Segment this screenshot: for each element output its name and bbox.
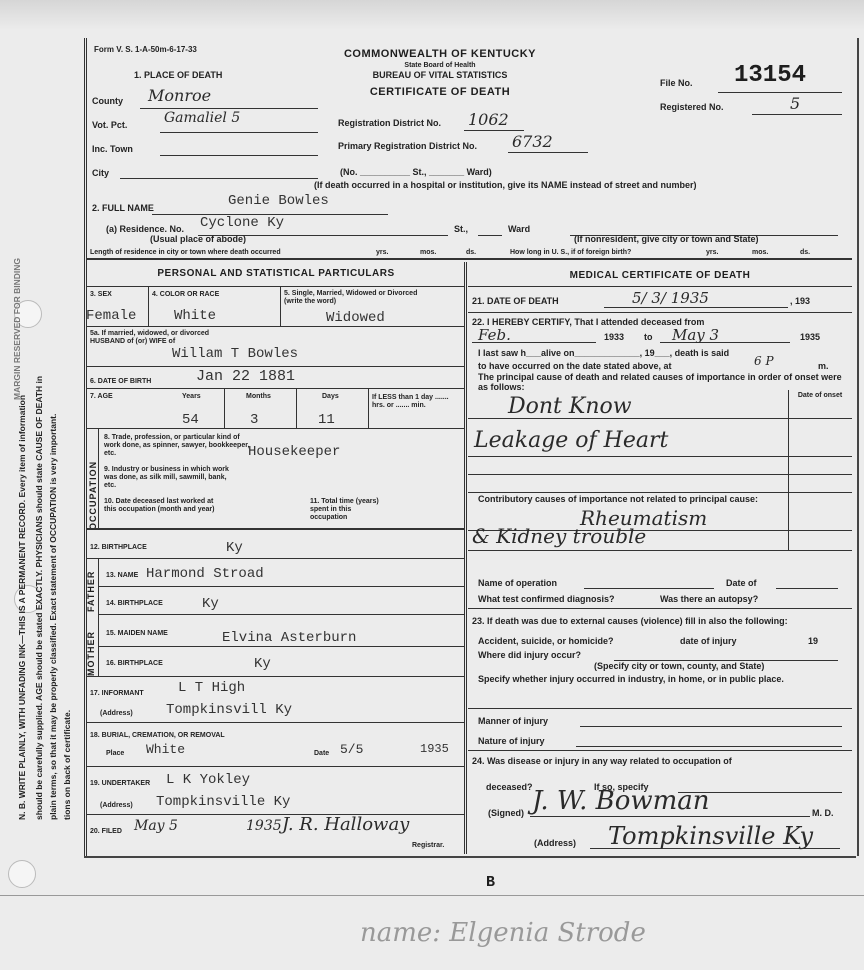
handwritten-name-annotation: name: Elgenia Strode bbox=[360, 918, 646, 948]
contributory-2-value: & Kidney trouble bbox=[472, 524, 646, 548]
burial-date-value: 5/5 bbox=[340, 742, 363, 757]
sex-label: 3. SEX bbox=[90, 291, 112, 299]
county-value: Monroe bbox=[148, 86, 211, 105]
days-label: Days bbox=[322, 393, 339, 401]
injury-year-label: 19 bbox=[808, 636, 818, 646]
birthplace-value: Ky bbox=[226, 540, 243, 556]
burial-date-label: Date bbox=[314, 750, 329, 758]
county-label: County bbox=[92, 96, 123, 106]
footer-letter: B bbox=[486, 874, 495, 891]
cause-1-value: Dont Know bbox=[508, 394, 632, 419]
mother-birthplace-value: Ky bbox=[254, 656, 271, 672]
external-causes-label: 23. If death was due to external causes … bbox=[472, 616, 842, 626]
marital-label: 5. Single, Married, Widowed or Divorced … bbox=[284, 290, 434, 306]
form-id: Form V. S. 1-A-50m-6-17-33 bbox=[94, 46, 197, 54]
usual-abode-hint: (Usual place of abode) bbox=[150, 234, 246, 244]
months-value: 3 bbox=[250, 412, 258, 428]
years-label: Years bbox=[182, 393, 201, 401]
certificate-title: CERTIFICATE OF DEATH bbox=[340, 86, 540, 98]
days-value: 11 bbox=[318, 412, 335, 428]
place-label: Place bbox=[106, 750, 124, 758]
date-worked-label: 10. Date deceased last worked at this oc… bbox=[104, 498, 224, 514]
occupation-side-label: OCCUPATION bbox=[88, 461, 98, 530]
undertaker-label: 19. UNDERTAKER bbox=[90, 780, 150, 788]
date-of-operation-label: Date of bbox=[726, 578, 757, 588]
filed-date-value: May 5 bbox=[134, 818, 178, 834]
burial-place-value: White bbox=[146, 742, 185, 757]
attended-to-year: 1935 bbox=[800, 332, 820, 342]
length-residence-label: Length of residence in city or town wher… bbox=[90, 249, 281, 257]
foreign-birth-label: How long in U. S., if of foreign birth? bbox=[510, 249, 631, 257]
trade-value: Housekeeper bbox=[248, 444, 340, 460]
city-label: City bbox=[92, 168, 109, 178]
father-side-label: FATHER bbox=[86, 571, 96, 612]
medical-heading: MEDICAL CERTIFICATE OF DEATH bbox=[470, 270, 850, 281]
binding-hole bbox=[8, 860, 36, 888]
signed-label: (Signed) bbox=[488, 808, 524, 818]
date-of-death-suffix: , 193 bbox=[790, 296, 810, 306]
operation-label: Name of operation bbox=[478, 578, 557, 588]
marital-value: Widowed bbox=[326, 310, 385, 326]
accident-label: Accident, suicide, or homicide? bbox=[478, 636, 614, 646]
mother-birthplace-label: 16. BIRTHPLACE bbox=[106, 660, 163, 668]
primary-registration-value: 6732 bbox=[512, 132, 553, 151]
attended-to-label: to bbox=[644, 332, 653, 342]
instructions-line-4: tions on back of certificate. bbox=[62, 710, 72, 820]
filed-year-value: 1935 bbox=[246, 818, 282, 834]
father-name-label: 13. NAME bbox=[106, 572, 138, 580]
ds-label: ds. bbox=[466, 249, 476, 257]
primary-registration-label: Primary Registration District No. bbox=[338, 141, 477, 151]
father-name-value: Harmond Stroad bbox=[146, 566, 264, 582]
where-hint: (Specify city or town, county, and State… bbox=[594, 661, 764, 671]
registration-district-value: 1062 bbox=[468, 110, 509, 129]
test-label: What test confirmed diagnosis? bbox=[478, 594, 615, 604]
cause-2-value: Leakage of Heart bbox=[474, 428, 668, 453]
undertaker-value: L K Yokley bbox=[166, 772, 250, 788]
inc-town-label: Inc. Town bbox=[92, 144, 133, 154]
color-label: 4. COLOR OR RACE bbox=[152, 291, 219, 299]
instructions-line-1: N. B. WRITE PLAINLY, WITH UNFADING INK—T… bbox=[17, 395, 27, 820]
yrs-label: yrs. bbox=[376, 249, 388, 257]
deceased-label: deceased? bbox=[486, 782, 533, 792]
board-title: State Board of Health bbox=[340, 62, 540, 70]
specify-label: Specify whether injury occurred in indus… bbox=[478, 674, 844, 684]
less-than-label: If LESS than 1 day ....... hrs. or .....… bbox=[372, 394, 462, 410]
informant-label: 17. INFORMANT bbox=[90, 690, 144, 698]
foreign-ds-label: ds. bbox=[800, 249, 810, 257]
time-suffix: m. bbox=[818, 361, 829, 371]
mos-label: mos. bbox=[420, 249, 436, 257]
last-saw-text: I last saw h___alive on_____________, 19… bbox=[478, 348, 729, 358]
hospital-hint: (If death occurred in a hospital or inst… bbox=[314, 180, 697, 190]
age-label: 7. AGE bbox=[90, 393, 113, 401]
vot-pct-value: Gamaliel 5 bbox=[164, 110, 240, 126]
nonresident-hint: (If nonresident, give city or town and S… bbox=[574, 234, 759, 244]
ward-label: Ward bbox=[508, 224, 530, 234]
dob-label: 6. DATE OF BIRTH bbox=[90, 378, 151, 386]
file-no-label: File No. bbox=[660, 78, 693, 88]
years-value: 54 bbox=[182, 412, 199, 428]
date-of-onset-label: Date of onset bbox=[792, 392, 848, 400]
where-label: Where did injury occur? bbox=[478, 650, 581, 660]
personal-heading: PERSONAL AND STATISTICAL PARTICULARS bbox=[88, 268, 464, 279]
registrar-label: Registrar. bbox=[412, 842, 444, 850]
vot-pct-label: Vot. Pct. bbox=[92, 120, 127, 130]
trade-label: 8. Trade, profession, or particular kind… bbox=[104, 434, 254, 458]
instructions-line-3: plain terms, so that it may be properly … bbox=[48, 414, 58, 820]
mother-maiden-value: Elvina Asterburn bbox=[222, 630, 356, 646]
principal-cause-text: The principal cause of death and related… bbox=[478, 372, 848, 392]
undertaker-address-value: Tompkinsville Ky bbox=[156, 794, 290, 810]
death-certificate-page: MARGIN RESERVED FOR BINDING N. B. WRITE … bbox=[0, 0, 864, 970]
mother-side-label: MOTHER bbox=[86, 631, 96, 676]
undertaker-address-label: (Address) bbox=[100, 802, 133, 810]
informant-address-label: (Address) bbox=[100, 710, 133, 718]
attended-to-value: May 3 bbox=[672, 326, 719, 344]
instructions-line-2: should be carefully supplied. AGE should… bbox=[34, 376, 44, 820]
color-value: White bbox=[174, 308, 216, 324]
informant-value: L T High bbox=[178, 680, 245, 696]
file-no-value: 13154 bbox=[734, 62, 806, 89]
date-of-death-label: 21. DATE OF DEATH bbox=[472, 296, 559, 306]
occurred-text: to have occurred on the date stated abov… bbox=[478, 361, 672, 371]
nature-label: Nature of injury bbox=[478, 736, 545, 746]
margin-reserved-text: MARGIN RESERVED FOR BINDING bbox=[12, 258, 22, 400]
dob-value: Jan 22 1881 bbox=[196, 368, 295, 385]
attended-from-year: 1933 bbox=[604, 332, 624, 342]
registered-no-label: Registered No. bbox=[660, 102, 724, 112]
full-name-value: Genie Bowles bbox=[228, 193, 329, 209]
registrar-signature: J. R. Halloway bbox=[282, 814, 409, 835]
months-label: Months bbox=[246, 393, 271, 401]
foreign-yrs-label: yrs. bbox=[706, 249, 718, 257]
birthplace-label: 12. BIRTHPLACE bbox=[90, 544, 147, 552]
date-of-death-value: 5/ 3/ 1935 bbox=[632, 289, 709, 307]
burial-year-value: 1935 bbox=[420, 742, 449, 756]
sex-value: Female bbox=[86, 308, 136, 324]
physician-address-value: Tompkinsville Ky bbox=[608, 822, 813, 850]
residence-value: Cyclone Ky bbox=[200, 215, 284, 231]
scan-shadow bbox=[0, 0, 864, 30]
occupation-related-label: 24. Was disease or injury in any way rel… bbox=[472, 756, 732, 766]
spouse-value: Willam T Bowles bbox=[172, 346, 298, 362]
st-label: St., bbox=[454, 224, 468, 234]
address-hint: (No. __________ St., _______ Ward) bbox=[340, 167, 492, 177]
mother-maiden-label: 15. MAIDEN NAME bbox=[106, 630, 168, 638]
injury-date-label: date of injury bbox=[680, 636, 737, 646]
contributory-label: Contributory causes of importance not re… bbox=[478, 494, 778, 504]
father-birthplace-label: 14. BIRTHPLACE bbox=[106, 600, 163, 608]
residence-label: (a) Residence. No. bbox=[106, 224, 184, 234]
md-label: M. D. bbox=[812, 808, 834, 818]
autopsy-label: Was there an autopsy? bbox=[660, 594, 758, 604]
industry-label: 9. Industry or business in which work wa… bbox=[104, 466, 234, 490]
time-value: 6 P bbox=[754, 354, 774, 368]
total-time-label: 11. Total time (years) spent in this occ… bbox=[310, 498, 380, 522]
father-birthplace-value: Ky bbox=[202, 596, 219, 612]
registration-district-label: Registration District No. bbox=[338, 118, 441, 128]
commonwealth-title: COMMONWEALTH OF KENTUCKY bbox=[340, 48, 540, 60]
full-name-label: 2. FULL NAME bbox=[92, 203, 154, 213]
bureau-title: BUREAU OF VITAL STATISTICS bbox=[340, 70, 540, 80]
foreign-mos-label: mos. bbox=[752, 249, 768, 257]
registered-no-value: 5 bbox=[790, 94, 800, 113]
manner-label: Manner of injury bbox=[478, 716, 548, 726]
burial-label: 18. BURIAL, CREMATION, OR REMOVAL bbox=[90, 732, 225, 740]
informant-address-value: Tompkinsvill Ky bbox=[166, 702, 292, 718]
physician-signature: J. W. Bowman bbox=[532, 786, 710, 816]
filed-label: 20. FILED bbox=[90, 828, 122, 836]
place-of-death-heading: 1. PLACE OF DEATH bbox=[134, 70, 222, 80]
spouse-label: 5a. If married, widowed, or divorced HUS… bbox=[90, 330, 240, 346]
physician-address-label: (Address) bbox=[534, 838, 576, 848]
